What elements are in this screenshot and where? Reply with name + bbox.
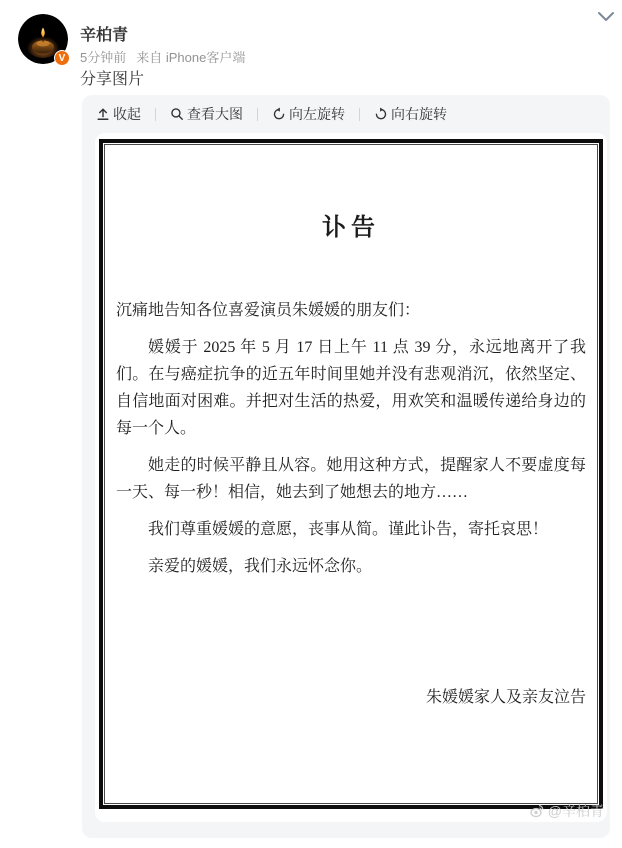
avatar[interactable]: V xyxy=(18,14,68,64)
obituary-paragraph: 沉痛地告知各位喜爱演员朱媛媛的朋友们： xyxy=(116,297,586,324)
view-large-image-button[interactable]: 查看大图 xyxy=(170,104,257,124)
obituary-paragraph: 媛媛于 2025 年 5 月 17 日上午 11 点 39 分，永远地离开了我们… xyxy=(116,334,586,442)
weibo-post: V 辛柏青 5分钟前 来自 iPhone客户端 分享图片 收起 xyxy=(0,0,622,848)
collapse-button[interactable]: 收起 xyxy=(96,104,155,124)
obituary-paragraph: 亲爱的媛媛，我们永远怀念你。 xyxy=(116,553,586,580)
toolbar-divider xyxy=(359,108,360,121)
rotate-right-label: 向右旋转 xyxy=(391,104,447,124)
watermark: @辛柏青 xyxy=(529,800,604,822)
obituary-signature: 朱媛媛家人及亲友泣告 xyxy=(116,684,586,711)
weibo-logo-icon xyxy=(529,803,545,819)
verified-badge-icon: V xyxy=(54,50,70,66)
rotate-right-button[interactable]: 向右旋转 xyxy=(374,104,461,124)
magnifier-icon xyxy=(170,107,184,121)
image-toolbar: 收起 查看大图 向左旋转 xyxy=(82,95,610,133)
obituary-paragraph: 她走的时候平静且从容。她用这种方式，提醒家人不要虚度每一天、每一秒！相信，她去到… xyxy=(116,452,586,506)
toolbar-divider xyxy=(257,108,258,121)
post-source[interactable]: 来自 iPhone客户端 xyxy=(136,47,245,66)
image-panel: 收起 查看大图 向左旋转 xyxy=(82,95,610,838)
watermark-text: @辛柏青 xyxy=(548,801,604,821)
chevron-down-icon[interactable] xyxy=(597,10,615,24)
obituary-paragraph: 我们尊重媛媛的意愿，丧事从简。谨此讣告，寄托哀思！ xyxy=(116,516,586,543)
post-time[interactable]: 5分钟前 xyxy=(80,47,126,66)
rotate-left-button[interactable]: 向左旋转 xyxy=(272,104,359,124)
username[interactable]: 辛柏青 xyxy=(80,22,128,45)
collapse-up-icon xyxy=(96,107,110,121)
rotate-left-label: 向左旋转 xyxy=(289,104,345,124)
obituary-notice: 讣告 沉痛地告知各位喜爱演员朱媛媛的朋友们： 媛媛于 2025 年 5 月 17… xyxy=(99,139,603,809)
attached-image[interactable]: 讣告 沉痛地告知各位喜爱演员朱媛媛的朋友们： 媛媛于 2025 年 5 月 17… xyxy=(95,133,607,822)
post-meta: 5分钟前 来自 iPhone客户端 xyxy=(80,47,245,66)
toolbar-divider xyxy=(155,108,156,121)
obituary-content: 讣告 沉痛地告知各位喜爱演员朱媛媛的朋友们： 媛媛于 2025 年 5 月 17… xyxy=(104,144,598,804)
collapse-label: 收起 xyxy=(113,104,141,124)
view-large-label: 查看大图 xyxy=(187,104,243,124)
obituary-title: 讣告 xyxy=(116,214,586,242)
post-text: 分享图片 xyxy=(80,66,144,89)
rotate-right-icon xyxy=(374,107,388,121)
rotate-left-icon xyxy=(272,107,286,121)
obituary-body: 沉痛地告知各位喜爱演员朱媛媛的朋友们： 媛媛于 2025 年 5 月 17 日上… xyxy=(116,297,586,580)
